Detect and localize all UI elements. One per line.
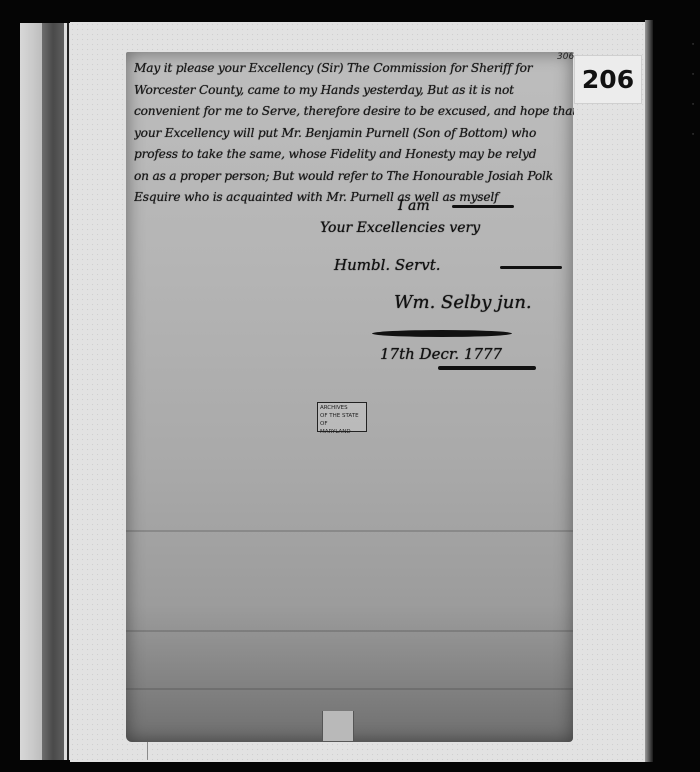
letter-line: your Excellency will put Mr. Benjamin Pu… <box>134 123 574 145</box>
signature-flourish <box>372 330 512 337</box>
film-edge-marks: ···· <box>688 30 698 150</box>
sheet-fold <box>126 688 573 690</box>
letter-line: May it please your Excellency (Sir) The … <box>134 58 574 80</box>
page-number-label: 206 <box>574 55 642 104</box>
archives-stamp: ARCHIVES OF THE STATE OF MARYLAND <box>317 402 367 432</box>
stamp-line: OF THE STATE OF <box>320 412 364 428</box>
letter-body: May it please your Excellency (Sir) The … <box>134 58 574 209</box>
closing-i-am: I am <box>398 198 430 214</box>
letter-line: profess to take the same, whose Fidelity… <box>134 144 574 166</box>
stamp-line: MARYLAND <box>320 428 364 436</box>
flourish-line <box>500 266 562 269</box>
sheet-tear <box>322 711 354 741</box>
letter-date: 17th Decr. 1777 <box>380 345 502 363</box>
letter-line: convenient for me to Serve, therefore de… <box>134 101 574 123</box>
film-edge-shadow <box>42 23 64 760</box>
letter-line: Worcester County, came to my Hands yeste… <box>134 80 574 102</box>
film-edge-right <box>645 20 653 762</box>
sheet-fold <box>126 630 573 632</box>
flourish-line <box>438 366 536 370</box>
letter-line: on as a proper person; But would refer t… <box>134 166 574 188</box>
signature: Wm. Selby jun. <box>394 292 532 313</box>
sheet-fold <box>126 530 573 532</box>
stamp-line: ARCHIVES <box>320 404 364 412</box>
film-edge-left <box>20 23 42 760</box>
flourish-line <box>452 205 514 208</box>
film-edge-line <box>67 23 69 760</box>
closing-humble-servant: Humbl. Servt. <box>334 256 441 274</box>
closing-your-excellencies: Your Excellencies very <box>320 220 480 236</box>
